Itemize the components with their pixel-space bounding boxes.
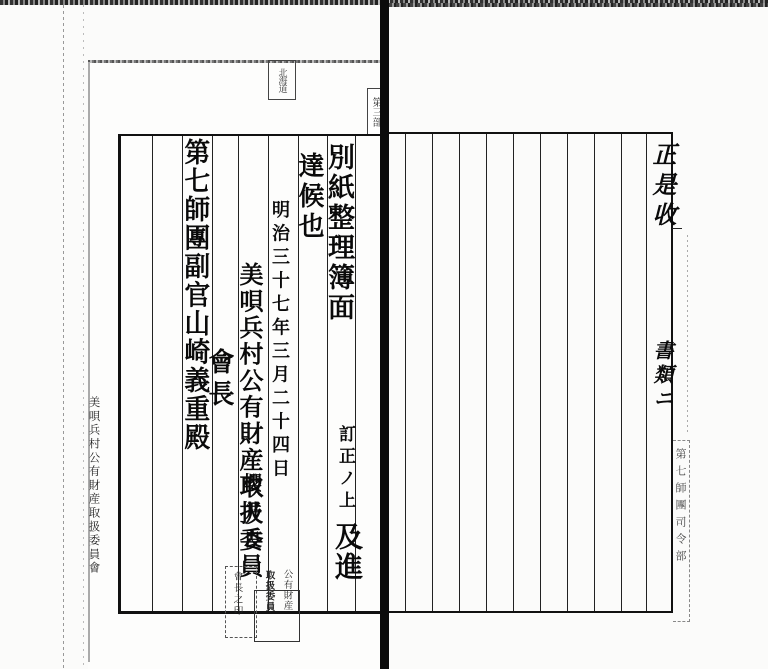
scan-margin-rule: [63, 5, 64, 669]
right-handwritten-note-b: 書類ニ: [652, 340, 672, 412]
column-rule: [540, 134, 541, 611]
sender-name: 櫻井良: [241, 473, 260, 557]
book-spine: [380, 0, 389, 669]
column-rule: [567, 134, 568, 611]
column-rule: [594, 134, 595, 611]
column-rule: [513, 134, 514, 611]
top-seal-text: 北海道: [276, 68, 289, 92]
body-line-1a: 別紙整理簿面: [325, 143, 352, 323]
column-rule: [486, 134, 487, 611]
sender-title: 會長: [206, 348, 232, 412]
right-handwritten-note-a: 正是收: [650, 142, 674, 232]
margin-dotted-rule: [687, 235, 688, 435]
seal-stamp-line-3: 會長之印: [232, 571, 242, 617]
left-page-top-edge: [88, 60, 380, 63]
seal-stamp-box: [254, 590, 300, 642]
column-rule: [646, 134, 647, 611]
seal-stamp-line-1: 公有財産: [282, 569, 292, 611]
addressee-line: 第七師團副官山崎義重殿: [182, 138, 208, 452]
column-rule: [405, 134, 406, 611]
column-rule: [459, 134, 460, 611]
column-rule: [621, 134, 622, 611]
right-page-top-edge: [389, 3, 768, 7]
seal-stamp-line-2: 取扱委員: [264, 570, 274, 612]
column-rule: [432, 134, 433, 611]
column-rule: [152, 136, 153, 611]
top-seal-stamp: 北海道: [268, 60, 296, 100]
section-tab-label: 第三部: [370, 97, 380, 127]
date-line: 明治三十七年三月二十四日: [270, 200, 288, 482]
right-ruled-frame: [389, 132, 673, 613]
body-line-2: 達候也: [296, 152, 322, 242]
body-line-1c: 及進: [333, 522, 361, 582]
body-line-1b: 訂正ノ上: [336, 425, 353, 513]
committee-name-print: 美唄兵村公有財産取扱委員會: [88, 396, 100, 575]
division-hq-print: 第七師團司令部: [675, 448, 686, 567]
scan-margin-rule: [83, 5, 84, 669]
